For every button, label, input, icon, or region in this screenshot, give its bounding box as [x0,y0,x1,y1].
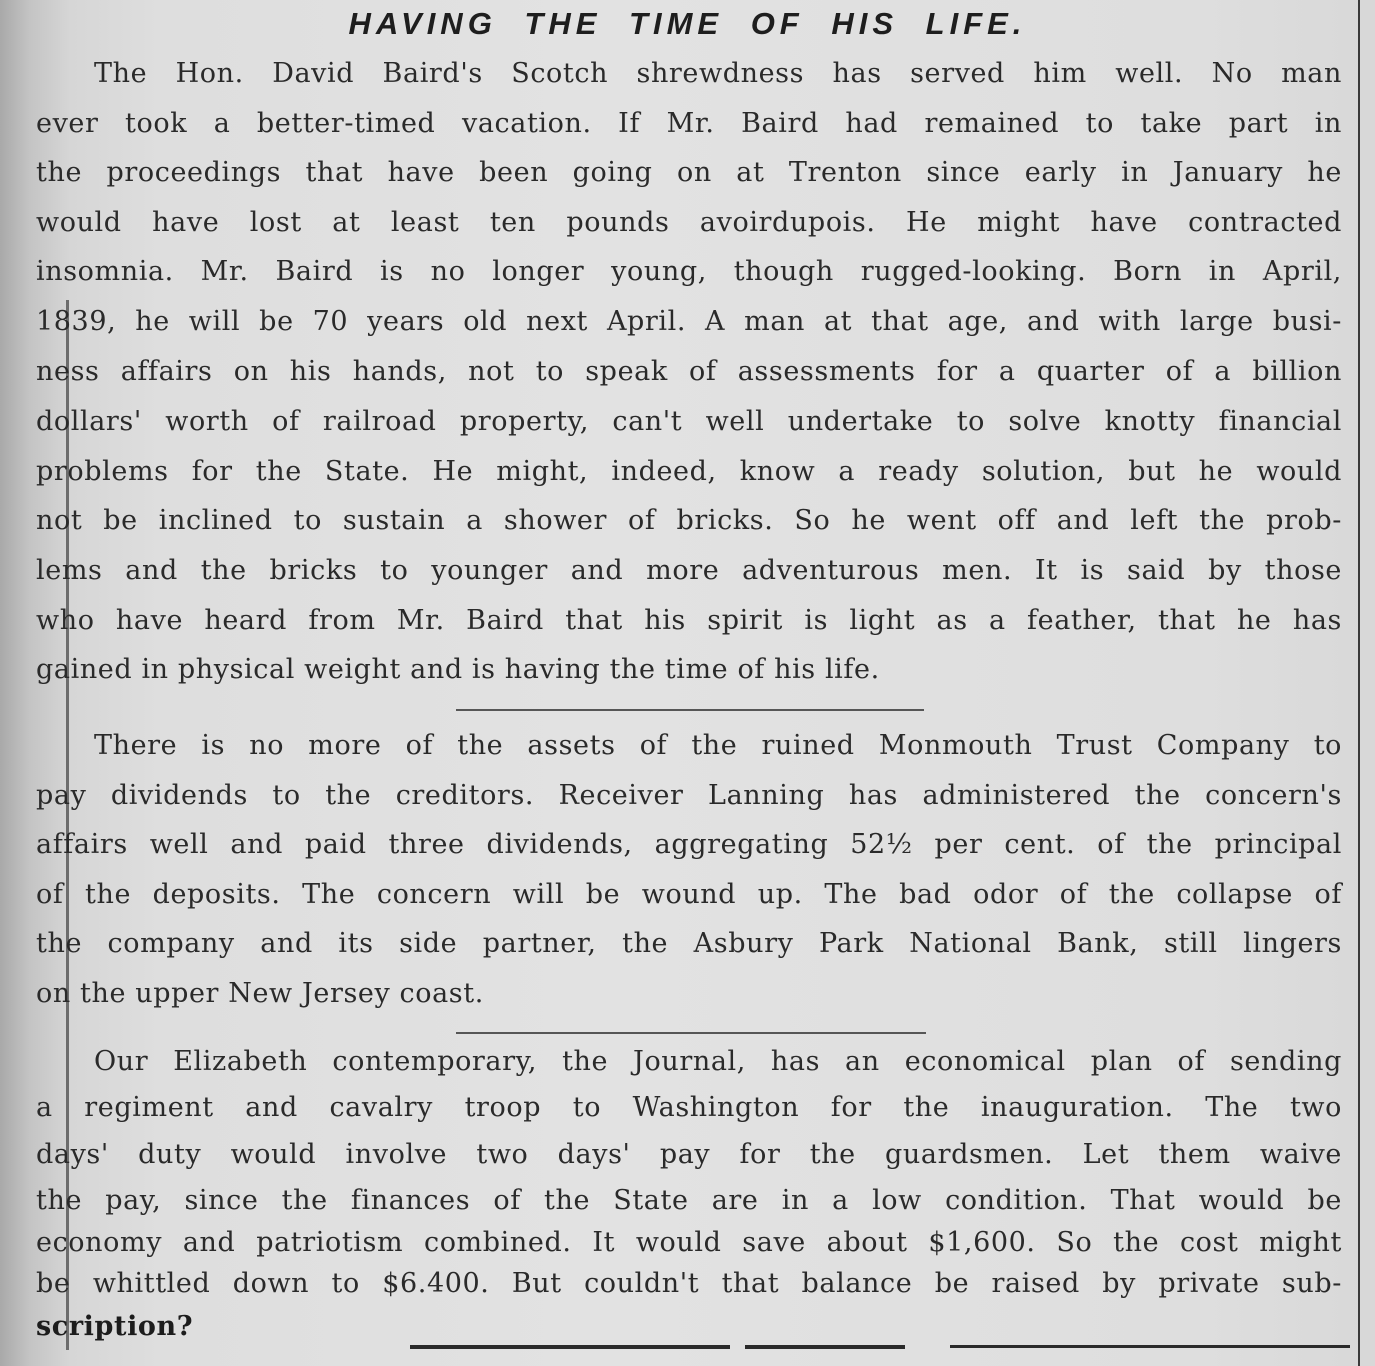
text-line: be whittled down to $6.400. But couldn't… [36,1266,1342,1302]
text-line: economy and patriotism combined. It woul… [36,1225,1342,1261]
text-line: ness affairs on his hands, not to speak … [36,354,1342,390]
text-line: on the upper New Jersey coast. [36,976,1342,1012]
text-line: the pay, since the finances of the State… [36,1183,1342,1219]
text-line: problems for the State. He might, indeed… [36,454,1342,490]
bottom-rule [410,1345,730,1349]
text-line: dollars' worth of railroad property, can… [36,404,1342,440]
newspaper-page: HAVING THE TIME OF HIS LIFE. The Hon. Da… [0,0,1375,1366]
text-line: of the deposits. The concern will be wou… [36,877,1342,913]
column-rule-right [1358,0,1360,1366]
text-line: ever took a better-timed vacation. If Mr… [36,106,1342,142]
bottom-rule [950,1345,1350,1348]
text-line: not be inclined to sustain a shower of b… [36,503,1342,539]
section-divider [456,1032,926,1034]
text-line: 1839, he will be 70 years old next April… [36,304,1342,340]
text-line: days' duty would involve two days' pay f… [36,1137,1342,1173]
text-line: The Hon. David Baird's Scotch shrewdness… [94,56,1342,92]
text-line: affairs well and paid three dividends, a… [36,827,1342,863]
bottom-rule [745,1345,905,1349]
text-line: who have heard from Mr. Baird that his s… [36,603,1342,639]
section-divider [456,709,924,711]
text-line: the proceedings that have been going on … [36,155,1342,191]
text-line: insomnia. Mr. Baird is no longer young, … [36,254,1342,290]
text-line: gained in physical weight and is having … [36,652,1342,688]
article-headline: HAVING THE TIME OF HIS LIFE. [0,6,1375,42]
text-line: the company and its side partner, the As… [36,926,1342,962]
text-line: scription? [36,1309,1342,1345]
text-line: There is no more of the assets of the ru… [94,728,1342,764]
text-line: pay dividends to the creditors. Receiver… [36,778,1342,814]
text-line: Our Elizabeth contemporary, the Journal,… [94,1044,1342,1080]
text-line: a regiment and cavalry troop to Washingt… [36,1090,1342,1126]
text-line: lems and the bricks to younger and more … [36,553,1342,589]
text-line: would have lost at least ten pounds avoi… [36,205,1342,241]
